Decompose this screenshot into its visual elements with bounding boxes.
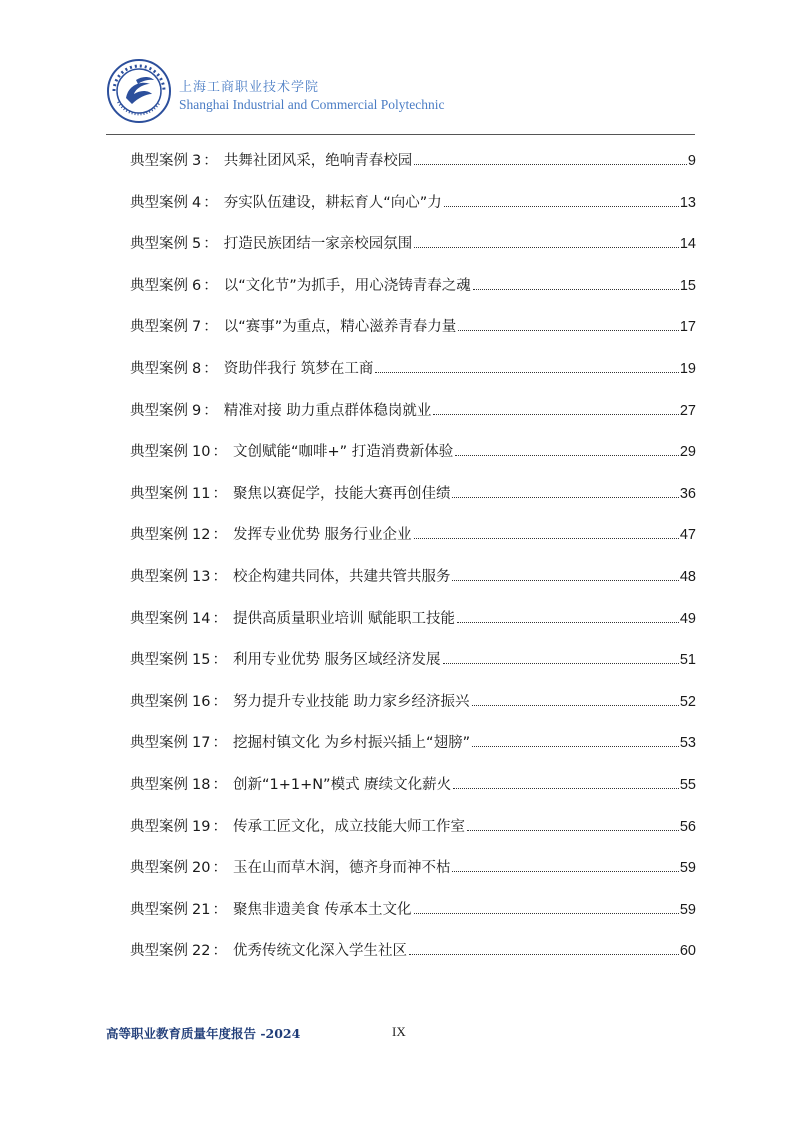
toc-entry-number: 12 <box>192 524 210 546</box>
toc-entry-prefix: 典型案例 <box>130 940 188 962</box>
toc-entry[interactable]: 典型案例22：优秀传统文化深入学生社区60 <box>130 940 696 982</box>
toc-entry-title[interactable]: 校企构建共同体，共建共管共服务 <box>233 566 451 588</box>
toc-entry-number: 17 <box>192 732 210 754</box>
toc-dot-leader <box>409 953 679 955</box>
toc-entry-colon: ： <box>212 940 227 962</box>
toc-entry[interactable]: 典型案例14：提供高质量职业培训 赋能职工技能49 <box>130 608 696 650</box>
toc-entry[interactable]: 典型案例7：以“赛事”为重点，精心滋养青春力量17 <box>130 316 696 358</box>
toc-entry-prefix: 典型案例 <box>130 816 188 838</box>
toc-entry[interactable]: 典型案例19：传承工匠文化，成立技能大师工作室56 <box>130 816 696 858</box>
toc-entry-prefix: 典型案例 <box>130 275 188 297</box>
toc-entry-number: 8 <box>192 358 201 380</box>
toc-entry-number: 21 <box>192 899 210 921</box>
institution-name-en: Shanghai Industrial and Commercial Polyt… <box>179 97 444 113</box>
toc-entry-prefix: 典型案例 <box>130 233 188 255</box>
toc-entry-number: 19 <box>192 816 210 838</box>
toc-entry-title[interactable]: 资助伴我行 筑梦在工商 <box>224 358 374 380</box>
toc-dot-leader <box>452 579 678 581</box>
toc-entry[interactable]: 典型案例17：挖掘村镇文化 为乡村振兴插上“翅膀”53 <box>130 732 696 774</box>
toc-entry-page[interactable]: 56 <box>680 816 696 838</box>
toc-entry-number: 14 <box>192 608 210 630</box>
toc-entry-prefix: 典型案例 <box>130 483 188 505</box>
toc-entry-page[interactable]: 29 <box>680 441 696 463</box>
toc-entry-prefix: 典型案例 <box>130 774 188 796</box>
toc-entry-title[interactable]: 发挥专业优势 服务行业企业 <box>233 524 412 546</box>
toc-entry-number: 16 <box>192 691 210 713</box>
toc-entry-prefix: 典型案例 <box>130 358 188 380</box>
toc-entry-number: 3 <box>192 150 201 172</box>
toc-entry-prefix: 典型案例 <box>130 857 188 879</box>
toc-dot-leader <box>467 829 679 831</box>
toc-entry-page[interactable]: 48 <box>680 566 696 588</box>
toc-entry-number: 7 <box>192 316 201 338</box>
toc-dot-leader <box>414 246 679 248</box>
toc-entry-title[interactable]: 以“文化节”为抓手，用心浇铸青春之魂 <box>224 275 471 297</box>
toc-entry-page[interactable]: 17 <box>680 316 696 338</box>
toc-dot-leader <box>453 787 679 789</box>
toc-entry-colon: ： <box>212 899 227 921</box>
toc-entry-number: 18 <box>192 774 210 796</box>
toc-entry-page[interactable]: 51 <box>680 649 696 671</box>
toc-entry-number: 10 <box>192 441 210 463</box>
toc-entry-number: 13 <box>192 566 210 588</box>
toc-entry[interactable]: 典型案例8：资助伴我行 筑梦在工商19 <box>130 358 696 400</box>
toc-entry-page[interactable]: 15 <box>680 275 696 297</box>
toc-entry[interactable]: 典型案例3：共舞社团风采，绝响青春校园9 <box>130 150 696 192</box>
toc-entry-page[interactable]: 27 <box>680 400 696 422</box>
toc-entry-title[interactable]: 精准对接 助力重点群体稳岗就业 <box>224 400 432 422</box>
toc-entry[interactable]: 典型案例20：玉在山而草木润，德齐身而神不枯59 <box>130 857 696 899</box>
toc-dot-leader <box>414 912 679 914</box>
toc-entry-title[interactable]: 提供高质量职业培训 赋能职工技能 <box>233 608 455 630</box>
toc-entry[interactable]: 典型案例5：打造民族团结一家亲校园氛围14 <box>130 233 696 275</box>
toc-entry-number: 15 <box>192 649 210 671</box>
toc-entry-title[interactable]: 聚焦以赛促学，技能大赛再创佳绩 <box>233 483 451 505</box>
toc-dot-leader <box>458 329 679 331</box>
toc-entry[interactable]: 典型案例16：努力提升专业技能 助力家乡经济振兴52 <box>130 691 696 733</box>
toc-entry-prefix: 典型案例 <box>130 524 188 546</box>
toc-entry-number: 5 <box>192 233 201 255</box>
toc-dot-leader <box>472 704 679 706</box>
toc-entry-colon: ： <box>212 441 227 463</box>
toc-entry-colon: ： <box>212 732 227 754</box>
toc-entry-colon: ： <box>212 691 227 713</box>
toc-entry[interactable]: 典型案例9：精准对接 助力重点群体稳岗就业27 <box>130 400 696 442</box>
toc-entry-prefix: 典型案例 <box>130 608 188 630</box>
toc-entry-page[interactable]: 36 <box>680 483 696 505</box>
toc-dot-leader <box>472 745 679 747</box>
table-of-contents: 典型案例3：共舞社团风采，绝响青春校园9典型案例4：夯实队伍建设，耕耘育人“向心… <box>130 150 696 982</box>
toc-entry-title[interactable]: 挖掘村镇文化 为乡村振兴插上“翅膀” <box>233 732 470 754</box>
toc-entry-prefix: 典型案例 <box>130 441 188 463</box>
toc-entry-title[interactable]: 以“赛事”为重点，精心滋养青春力量 <box>224 316 457 338</box>
toc-entry-prefix: 典型案例 <box>130 150 188 172</box>
toc-dot-leader <box>444 205 679 207</box>
toc-entry-prefix: 典型案例 <box>130 649 188 671</box>
toc-entry[interactable]: 典型案例18：创新“1+1+N”模式 赓续文化薪火55 <box>130 774 696 816</box>
toc-dot-leader <box>452 496 678 498</box>
toc-dot-leader <box>452 870 678 872</box>
toc-entry-prefix: 典型案例 <box>130 316 188 338</box>
toc-entry-title[interactable]: 玉在山而草木润，德齐身而神不枯 <box>233 857 451 879</box>
toc-entry-colon: ： <box>212 608 227 630</box>
toc-entry-colon: ： <box>212 524 227 546</box>
toc-entry-colon: ： <box>203 150 218 172</box>
toc-entry-number: 22 <box>192 940 210 962</box>
toc-entry-number: 11 <box>192 483 210 505</box>
toc-dot-leader <box>375 371 679 373</box>
toc-entry-page[interactable]: 14 <box>680 233 696 255</box>
toc-entry-prefix: 典型案例 <box>130 899 188 921</box>
toc-entry-colon: ： <box>212 483 227 505</box>
toc-entry-title[interactable]: 努力提升专业技能 助力家乡经济振兴 <box>233 691 470 713</box>
toc-dot-leader <box>457 621 679 623</box>
toc-entry[interactable]: 典型案例13：校企构建共同体，共建共管共服务48 <box>130 566 696 608</box>
toc-entry-page[interactable]: 59 <box>680 857 696 879</box>
toc-entry-page[interactable]: 55 <box>680 774 696 796</box>
toc-entry-prefix: 典型案例 <box>130 732 188 754</box>
toc-entry-colon: ： <box>212 774 227 796</box>
toc-entry[interactable]: 典型案例21：聚焦非遗美食 传承本土文化59 <box>130 899 696 941</box>
toc-entry-prefix: 典型案例 <box>130 192 188 214</box>
toc-entry-number: 20 <box>192 857 210 879</box>
toc-entry-prefix: 典型案例 <box>130 691 188 713</box>
toc-entry[interactable]: 典型案例11：聚焦以赛促学，技能大赛再创佳绩36 <box>130 483 696 525</box>
toc-dot-leader <box>473 288 679 290</box>
toc-entry-page[interactable]: 13 <box>680 192 696 214</box>
toc-entry[interactable]: 典型案例4：夯实队伍建设，耕耘育人“向心”力13 <box>130 192 696 234</box>
toc-entry-prefix: 典型案例 <box>130 566 188 588</box>
toc-entry-page[interactable]: 9 <box>688 150 696 172</box>
toc-entry-colon: ： <box>203 358 218 380</box>
toc-entry-page[interactable]: 47 <box>680 524 696 546</box>
toc-entry-number: 9 <box>192 400 201 422</box>
toc-entry-title[interactable]: 优秀传统文化深入学生社区 <box>233 940 407 962</box>
toc-dot-leader <box>433 413 679 415</box>
toc-entry-number: 4 <box>192 192 201 214</box>
toc-entry-colon: ： <box>203 233 218 255</box>
institution-name-cn: 上海工商职业技术学院 <box>179 76 319 95</box>
toc-entry[interactable]: 典型案例15：利用专业优势 服务区域经济发展51 <box>130 649 696 691</box>
toc-entry-page[interactable]: 59 <box>680 899 696 921</box>
toc-dot-leader <box>414 537 679 539</box>
toc-entry-page[interactable]: 49 <box>680 608 696 630</box>
toc-entry-colon: ： <box>212 649 227 671</box>
toc-entry-colon: ： <box>203 316 218 338</box>
toc-entry-colon: ： <box>212 857 227 879</box>
toc-entry-title[interactable]: 打造民族团结一家亲校园氛围 <box>224 233 413 255</box>
toc-entry-colon: ： <box>203 400 218 422</box>
toc-entry-title[interactable]: 夯实队伍建设，耕耘育人“向心”力 <box>224 192 442 214</box>
toc-entry[interactable]: 典型案例12：发挥专业优势 服务行业企业47 <box>130 524 696 566</box>
toc-entry-colon: ： <box>203 192 218 214</box>
toc-entry-number: 6 <box>192 275 201 297</box>
header-divider <box>106 134 695 135</box>
toc-entry[interactable]: 典型案例6：以“文化节”为抓手，用心浇铸青春之魂15 <box>130 275 696 317</box>
toc-entry[interactable]: 典型案例10：文创赋能“咖啡+” 打造消费新体验29 <box>130 441 696 483</box>
toc-entry-prefix: 典型案例 <box>130 400 188 422</box>
toc-entry-page[interactable]: 60 <box>680 940 696 962</box>
toc-entry-title[interactable]: 聚焦非遗美食 传承本土文化 <box>233 899 412 921</box>
toc-dot-leader <box>414 163 687 165</box>
toc-entry-colon: ： <box>212 816 227 838</box>
toc-entry-title[interactable]: 传承工匠文化，成立技能大师工作室 <box>233 816 465 838</box>
toc-entry-title[interactable]: 创新“1+1+N”模式 赓续文化薪火 <box>233 774 451 796</box>
college-seal-logo-icon <box>106 58 172 124</box>
toc-entry-colon: ： <box>212 566 227 588</box>
toc-entry-title[interactable]: 利用专业优势 服务区域经济发展 <box>233 649 441 671</box>
toc-dot-leader <box>455 454 679 456</box>
footer-report-title: 高等职业教育质量年度报告 -2024 <box>106 1024 300 1042</box>
toc-entry-page[interactable]: 19 <box>680 358 696 380</box>
toc-dot-leader <box>443 662 679 664</box>
toc-entry-title[interactable]: 共舞社团风采，绝响青春校园 <box>224 150 413 172</box>
toc-entry-colon: ： <box>203 275 218 297</box>
toc-entry-title[interactable]: 文创赋能“咖啡+” 打造消费新体验 <box>233 441 453 463</box>
footer-page-number: IX <box>392 1024 406 1040</box>
toc-entry-page[interactable]: 52 <box>680 691 696 713</box>
toc-entry-page[interactable]: 53 <box>680 732 696 754</box>
page-header: 上海工商职业技术学院 Shanghai Industrial and Comme… <box>106 58 696 136</box>
